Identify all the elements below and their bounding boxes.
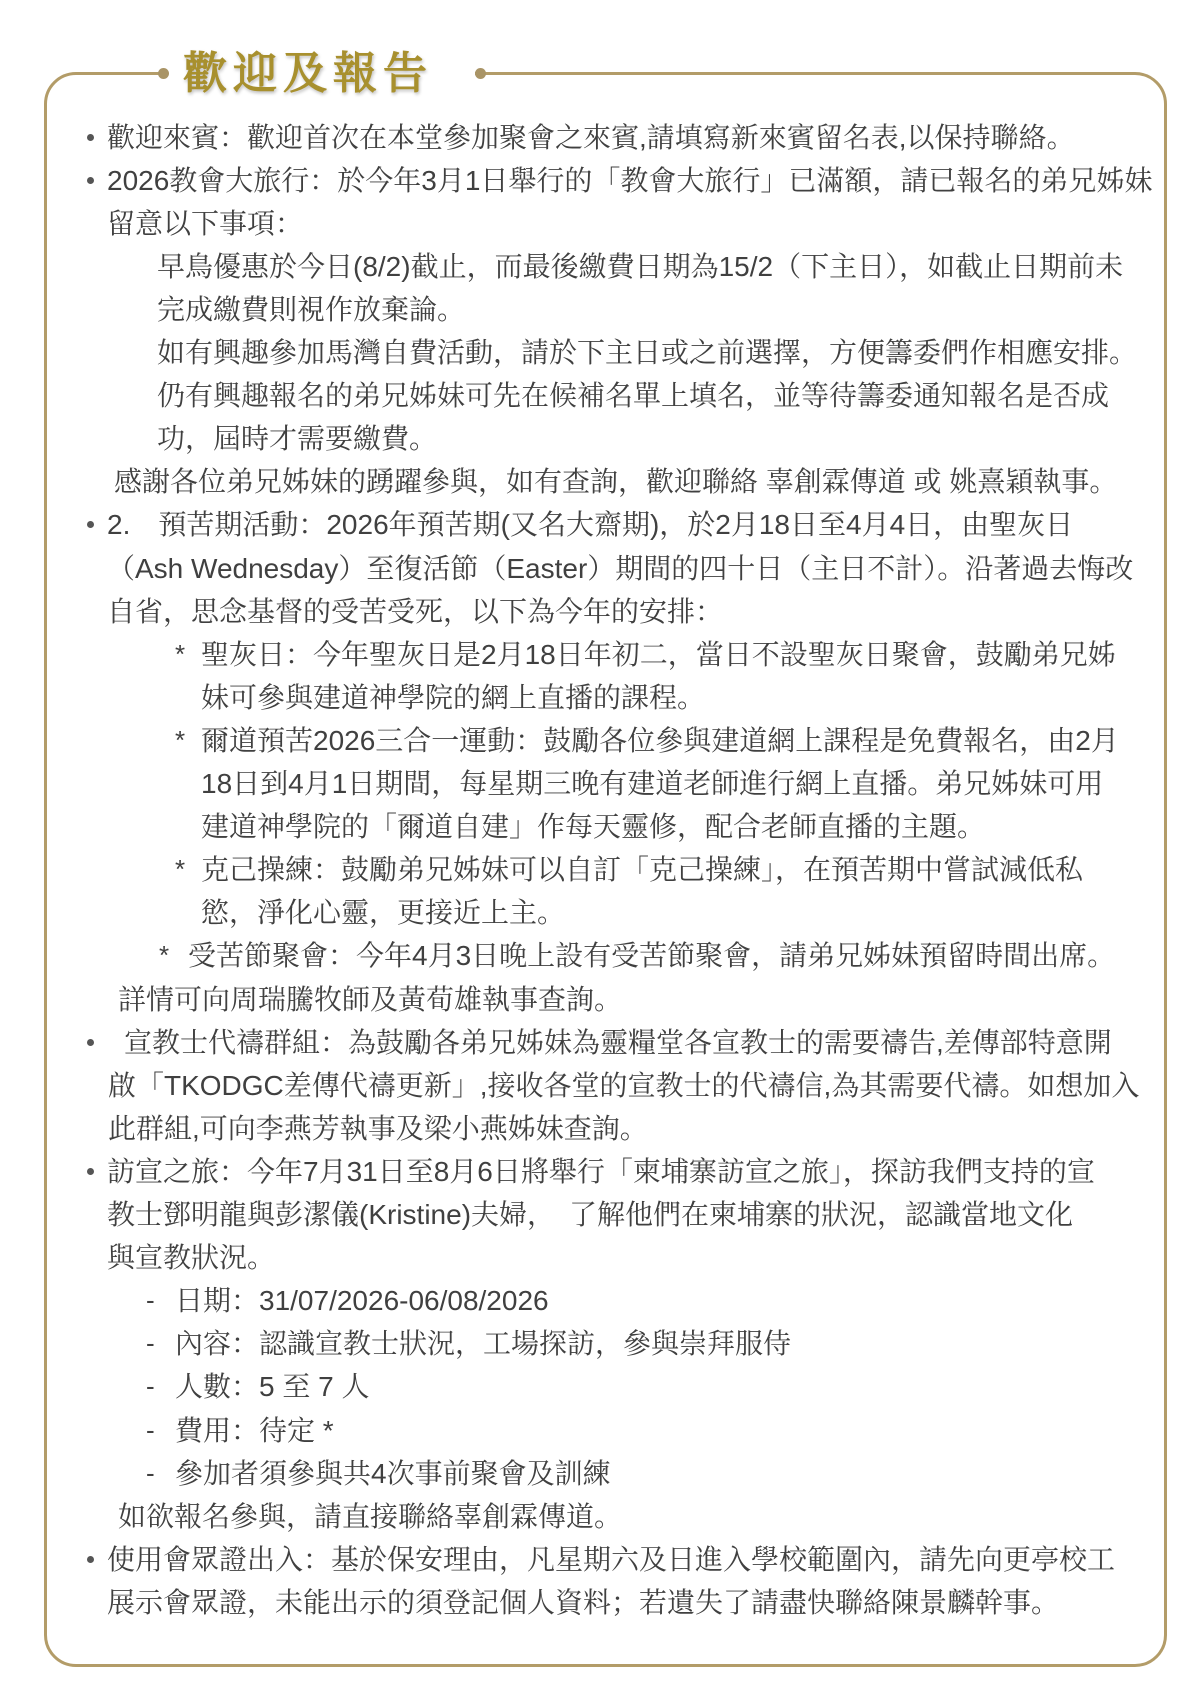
section-title: 歡迎及報告 xyxy=(183,46,433,102)
announcement-line: 2. 預苦期活動：2026年預苦期(又名大齋期)，於2月18日至4月4日，由聖灰… xyxy=(107,503,1073,546)
announcement-line: 教士鄧明龍與彭潔儀(Kristine)夫婦， 了解他們在柬埔寨的狀況，認識當地文… xyxy=(107,1193,1073,1236)
asterisk-marker: * xyxy=(175,719,185,762)
announcement-line: 宣教士代禱群組：為鼓勵各弟兄姊妹為靈糧堂各宣教士的需要禱告,差傳部特意開 xyxy=(124,1021,1112,1064)
announcement-line: 留意以下事項： xyxy=(107,202,303,245)
detail-text: 人數：5 至 7 人 xyxy=(175,1365,369,1408)
dash-marker: - xyxy=(146,1452,155,1495)
detail-text: 內容：認識宣教士狀況，工場探訪，參與崇拜服侍 xyxy=(175,1322,791,1365)
sub-item-line: 受苦節聚會：今年4月3日晚上設有受苦節聚會，請弟兄姊妹預留時間出席。 xyxy=(188,934,1115,977)
dash-marker: - xyxy=(146,1322,155,1365)
bullet-icon xyxy=(87,1168,94,1175)
dash-marker: - xyxy=(146,1279,155,1322)
bullet-icon xyxy=(87,134,94,141)
announcement-note: 如有興趣參加馬灣自費活動，請於下主日或之前選擇，方便籌委們作相應安排。 xyxy=(157,331,1137,374)
announcement-note: 完成繳費則視作放棄論。 xyxy=(157,288,465,331)
asterisk-marker: * xyxy=(159,934,169,977)
announcement-line: 2026教會大旅行：於今年3月1日舉行的「教會大旅行」已滿額，請已報名的弟兄姊妹 xyxy=(107,159,1152,202)
bullet-icon xyxy=(87,521,94,528)
asterisk-marker: * xyxy=(175,848,185,891)
frame-dot-right-icon xyxy=(475,68,486,79)
detail-text: 參加者須參與共4次事前聚會及訓練 xyxy=(175,1452,611,1495)
announcement-footer: 感謝各位弟兄姊妹的踴躍參與，如有查詢，歡迎聯絡 辜創霖傳道 或 姚熹穎執事。 xyxy=(114,460,1117,503)
announcement-line: 使用會眾證出入：基於保安理由，凡星期六及日進入學校範圍內，請先向更亭校工 xyxy=(107,1538,1115,1581)
detail-text: 費用：待定 * xyxy=(175,1409,334,1452)
announcement-line: 歡迎來賓：歡迎首次在本堂參加聚會之來賓,請填寫新來賓留名表,以保持聯絡。 xyxy=(107,116,1075,159)
announcement-line: 展示會眾證，未能出示的須登記個人資料；若遺失了請盡快聯絡陳景麟幹事。 xyxy=(107,1581,1059,1624)
bullet-icon xyxy=(87,1039,94,1046)
announcement-footer: 如欲報名參與，請直接聯絡辜創霖傳道。 xyxy=(118,1495,622,1538)
announcement-line: 訪宣之旅：今年7月31日至8月6日將舉行「柬埔寨訪宣之旅」，探訪我們支持的宣 xyxy=(107,1150,1095,1193)
announcement-note: 功，屆時才需要繳費。 xyxy=(157,417,437,460)
sub-item-line: 18日到4月1日期間，每星期三晚有建道老師進行網上直播。弟兄姊妹可用 xyxy=(201,762,1103,805)
sub-item-line: 建道神學院的「爾道自建」作每天靈修，配合老師直播的主題。 xyxy=(201,805,985,848)
sub-item-line: 爾道預苦2026三合一運動：鼓勵各位參與建道網上課程是免費報名，由2月 xyxy=(201,719,1119,762)
sub-item-line: 慾，淨化心靈，更接近上主。 xyxy=(201,891,565,934)
dash-marker: - xyxy=(146,1409,155,1452)
sub-item-line: 克己操練：鼓勵弟兄姊妹可以自訂「克己操練」，在預苦期中嘗試減低私 xyxy=(201,848,1083,891)
asterisk-marker: * xyxy=(175,633,185,676)
announcement-line: 此群組,可向李燕芳執事及梁小燕姊妹查詢。 xyxy=(108,1107,648,1150)
bullet-icon xyxy=(87,1556,94,1563)
bullet-icon xyxy=(87,177,94,184)
announcement-line: 啟「TKODGC差傳代禱更新」,接收各堂的宣教士的代禱信,為其需要代禱。如想加入 xyxy=(108,1064,1139,1107)
announcement-footer: 詳情可向周瑞騰牧師及黃荀雄執事查詢。 xyxy=(118,978,622,1021)
announcement-note: 仍有興趣報名的弟兄姊妹可先在候補名單上填名，並等待籌委通知報名是否成 xyxy=(157,374,1109,417)
dash-marker: - xyxy=(146,1365,155,1408)
sub-item-line: 妹可參與建道神學院的網上直播的課程。 xyxy=(201,676,705,719)
announcement-line: （Ash Wednesday）至復活節（Easter）期間的四十日（主日不計）。… xyxy=(107,547,1133,590)
detail-text: 日期：31/07/2026-06/08/2026 xyxy=(175,1279,549,1322)
frame-dot-left-icon xyxy=(158,68,169,79)
sub-item-line: 聖灰日：今年聖灰日是2月18日年初二，當日不設聖灰日聚會，鼓勵弟兄姊 xyxy=(201,633,1116,676)
announcement-line: 與宣教狀況。 xyxy=(107,1236,275,1279)
announcement-line: 自省，思念基督的受苦受死，以下為今年的安排： xyxy=(107,590,723,633)
announcements-page: 歡迎及報告 歡迎來賓：歡迎首次在本堂參加聚會之來賓,請填寫新來賓留名表,以保持聯… xyxy=(0,0,1200,1697)
announcement-note: 早鳥優惠於今日(8/2)截止，而最後繳費日期為15/2（下主日），如截止日期前未 xyxy=(157,245,1123,288)
